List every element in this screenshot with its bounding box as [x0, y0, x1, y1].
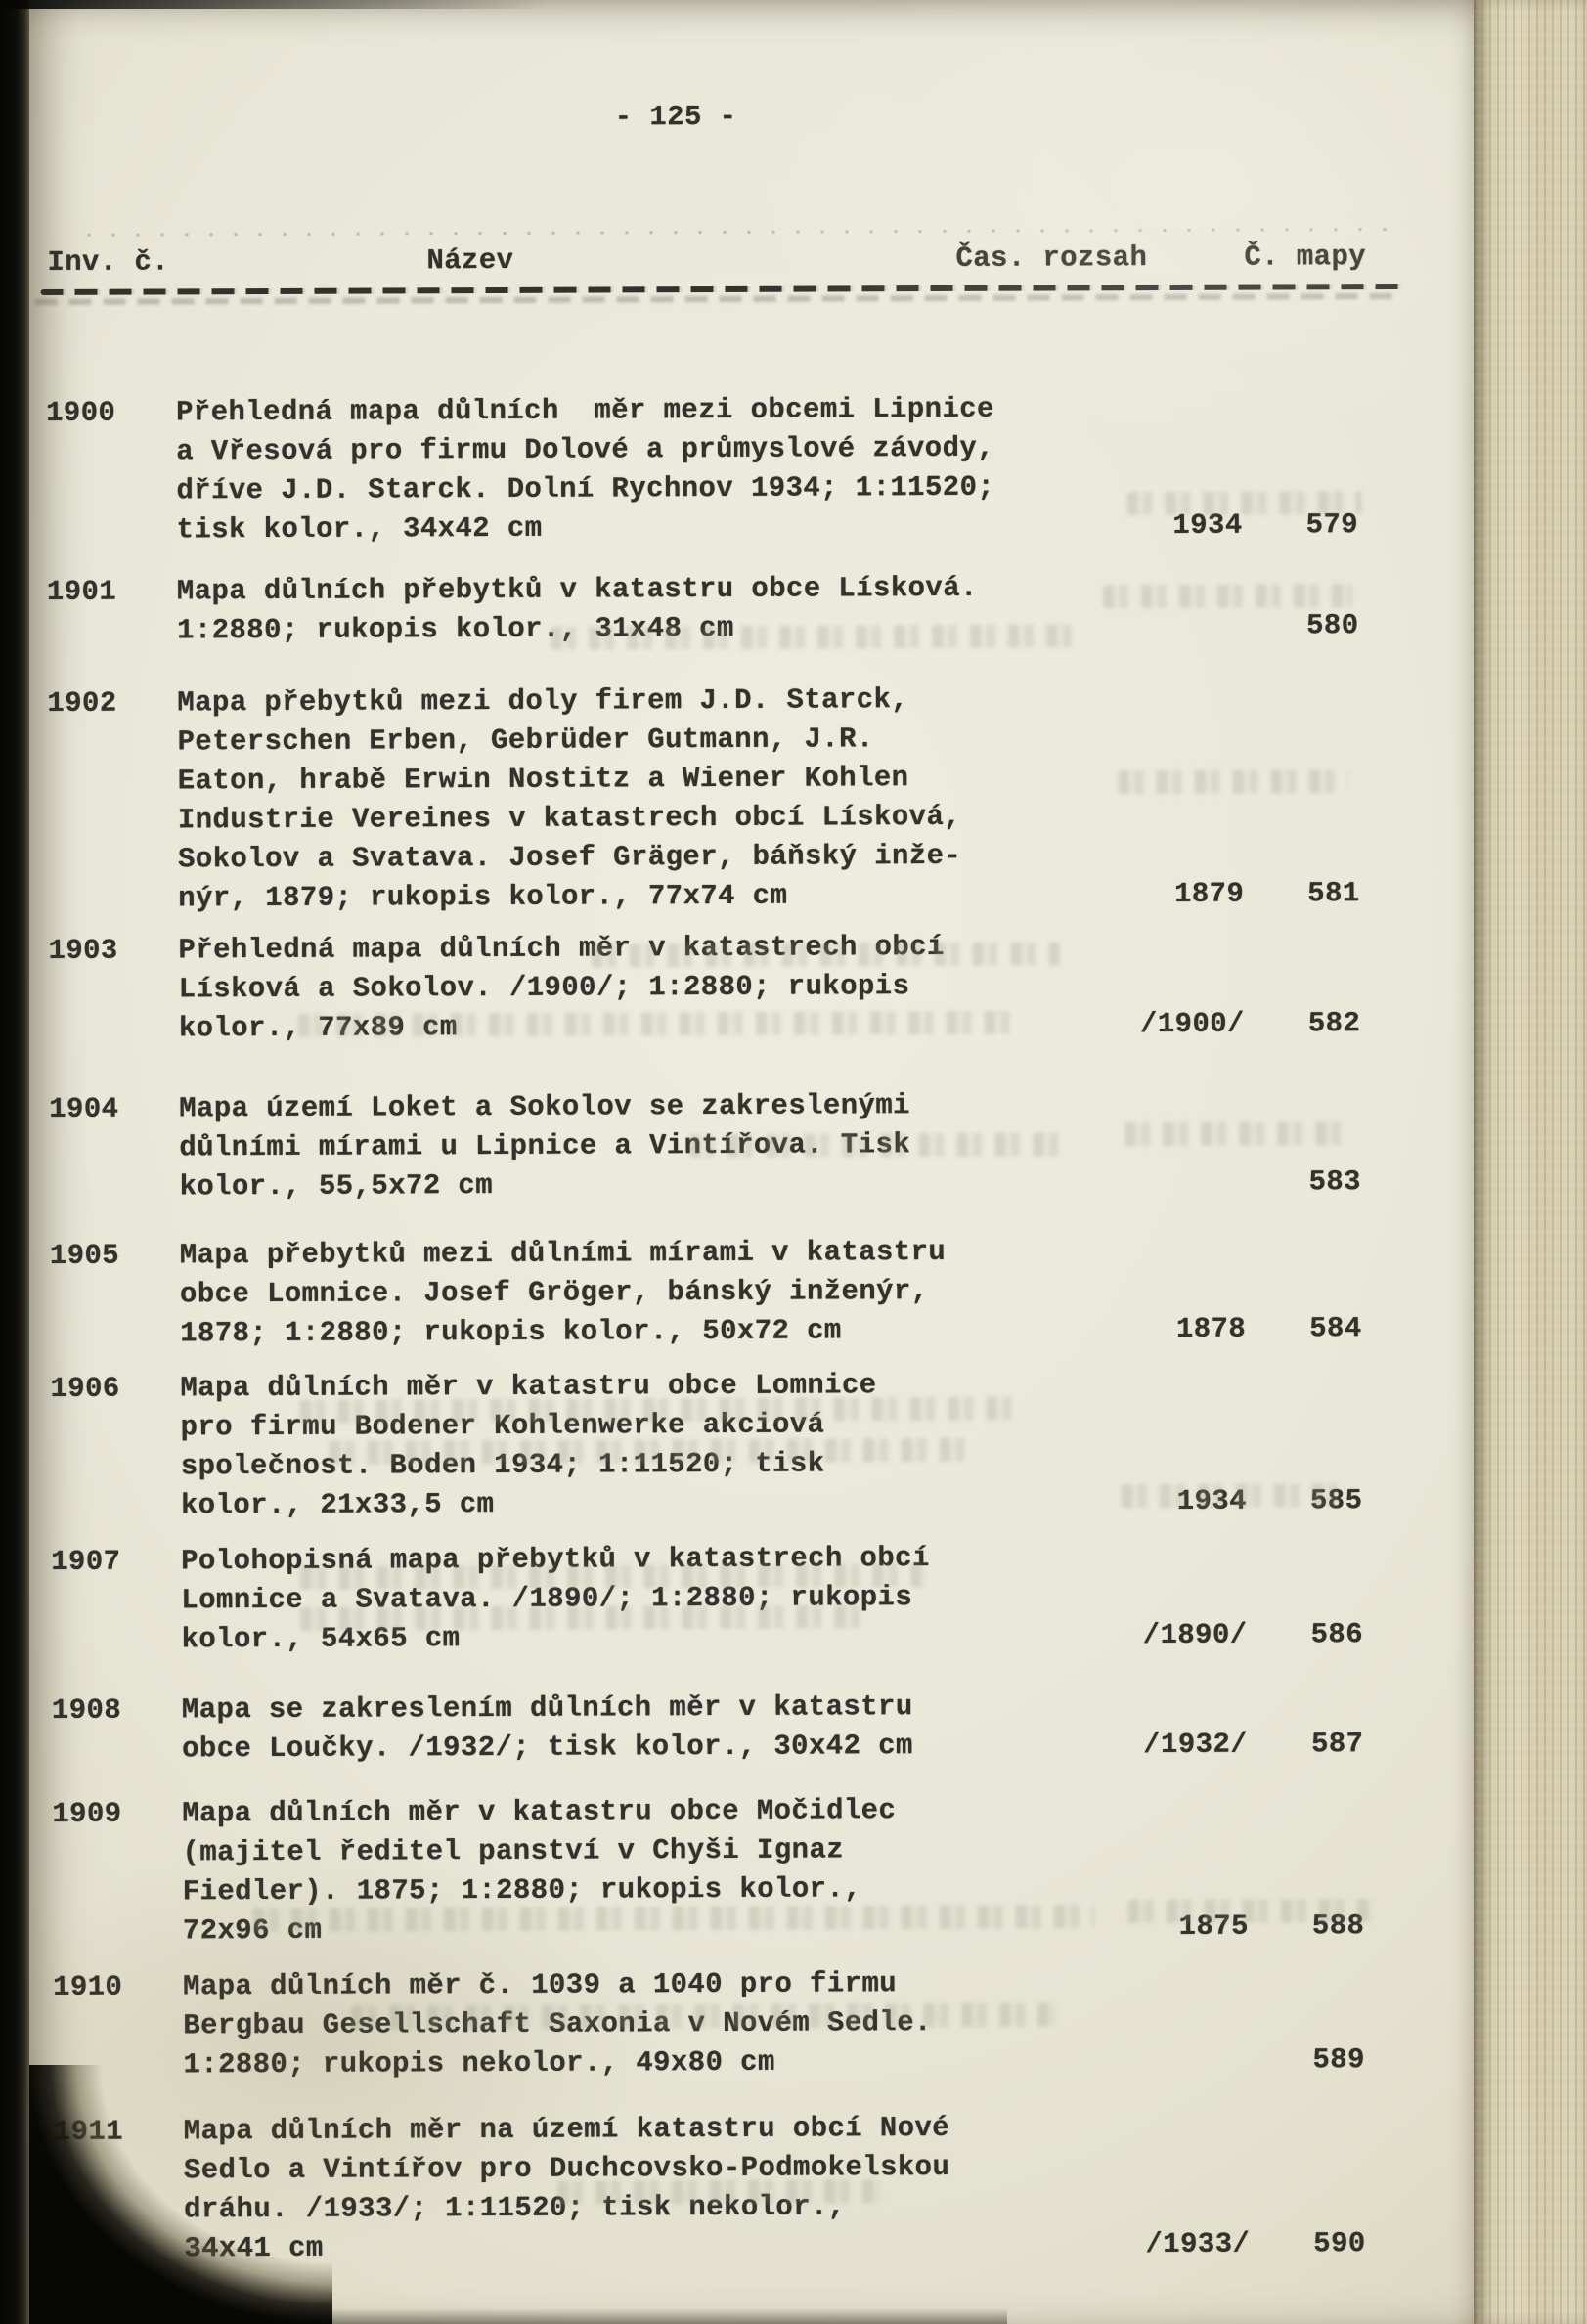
inv-number: 1905 [50, 1237, 119, 1276]
inv-number: 1904 [49, 1090, 118, 1129]
bleedthrough-smudge [253, 1905, 1094, 1932]
inv-number: 1906 [50, 1370, 119, 1409]
bleedthrough-smudge [300, 1563, 926, 1590]
column-header-mapy: Č. mapy [1244, 238, 1366, 278]
table-row: 1905Mapa přebytků mezi důlními mírami v … [33, 1231, 1442, 1354]
table-row: 1908Mapa se zakreslením důlních měr v ka… [35, 1686, 1443, 1770]
map-number: 589 [1312, 2040, 1410, 2080]
column-header-cas: Čas. rozsah [955, 239, 1147, 279]
bleedthrough-smudge [591, 942, 1060, 967]
top-edge-shadow [0, 0, 548, 9]
table-row: 1900Přehledná mapa důlních měr mezi obce… [29, 388, 1438, 550]
bottom-edge-shadow [205, 2308, 1007, 2324]
inv-number: 1910 [53, 1968, 122, 2007]
bleedthrough-smudge [300, 1604, 867, 1631]
inv-number: 1909 [52, 1795, 121, 1834]
table-row: 1902Mapa přebytků mezi doly firem J.D. S… [30, 679, 1439, 919]
inv-number: 1900 [46, 394, 115, 433]
time-range: 1879 [1063, 875, 1244, 915]
map-number: 586 [1310, 1615, 1408, 1654]
time-range: /1932/ [1067, 1726, 1248, 1766]
map-number: 582 [1308, 1004, 1406, 1043]
bleedthrough-smudge [330, 1438, 975, 1465]
column-header-inv: Inv. č. [47, 242, 169, 283]
bleedthrough-smudge [1119, 769, 1348, 794]
map-number: 580 [1306, 606, 1404, 645]
bleedthrough-smudge [1126, 491, 1361, 515]
time-range: 1878 [1065, 1310, 1246, 1350]
inv-number: 1908 [52, 1691, 121, 1731]
bleedthrough-smudge [1128, 1899, 1373, 1923]
faint-dotted-line [87, 228, 1388, 237]
bleedthrough-smudge [551, 624, 1079, 649]
inv-number: 1902 [47, 684, 116, 724]
scanned-page: - 125 - Inv. č. Název Čas. rozsah Č. map… [0, 0, 1587, 2324]
bleedthrough-smudge [1103, 584, 1352, 608]
map-number: 590 [1313, 2224, 1411, 2263]
map-description: Mapa přebytků mezi doly firem J.D. Starc… [177, 680, 1136, 918]
bleedthrough-smudge [1124, 1121, 1349, 1146]
map-description: Mapa přebytků mezi důlními mírami v kata… [180, 1232, 1139, 1353]
map-number: 581 [1307, 874, 1405, 913]
time-range: /1890/ [1066, 1616, 1247, 1656]
book-gutter [0, 0, 29, 2324]
column-header-nazev: Název [426, 241, 513, 281]
inv-number: 1903 [48, 932, 117, 971]
bleedthrough-smudge [689, 1132, 1071, 1158]
bleedthrough-smudge [557, 2179, 880, 2204]
header-underline-echost [35, 293, 1396, 305]
table-row: 1907Polohopisná mapa přebytků v katastre… [34, 1537, 1443, 1660]
bleedthrough-smudge [299, 1397, 1013, 1424]
time-range: /1900/ [1064, 1005, 1245, 1045]
map-description: Polohopisná mapa přebytků v katastrech o… [181, 1538, 1140, 1659]
time-range: /1933/ [1069, 2225, 1250, 2265]
typed-content: - 125 - Inv. č. Název Čas. rozsah Č. map… [27, 0, 1481, 2324]
page-edge-strip [1474, 0, 1587, 2324]
map-description: Mapa se zakreslením důlních měr v katast… [182, 1687, 1140, 1769]
inv-number: 1901 [47, 573, 116, 612]
page-paper: - 125 - Inv. č. Název Čas. rozsah Č. map… [29, 0, 1474, 2324]
map-number: 583 [1308, 1162, 1406, 1202]
bleedthrough-smudge [351, 2002, 1055, 2029]
map-description: Přehledná mapa důlních měr mezi obcemi L… [176, 389, 1135, 549]
bleedthrough-smudge [1122, 1483, 1351, 1508]
page-number: - 125 - [615, 98, 737, 138]
map-number: 584 [1309, 1309, 1407, 1348]
map-number: 587 [1311, 1725, 1409, 1764]
inv-number: 1907 [51, 1543, 120, 1582]
bleedthrough-smudge [298, 1011, 1022, 1037]
inv-number: 1911 [54, 2113, 123, 2152]
